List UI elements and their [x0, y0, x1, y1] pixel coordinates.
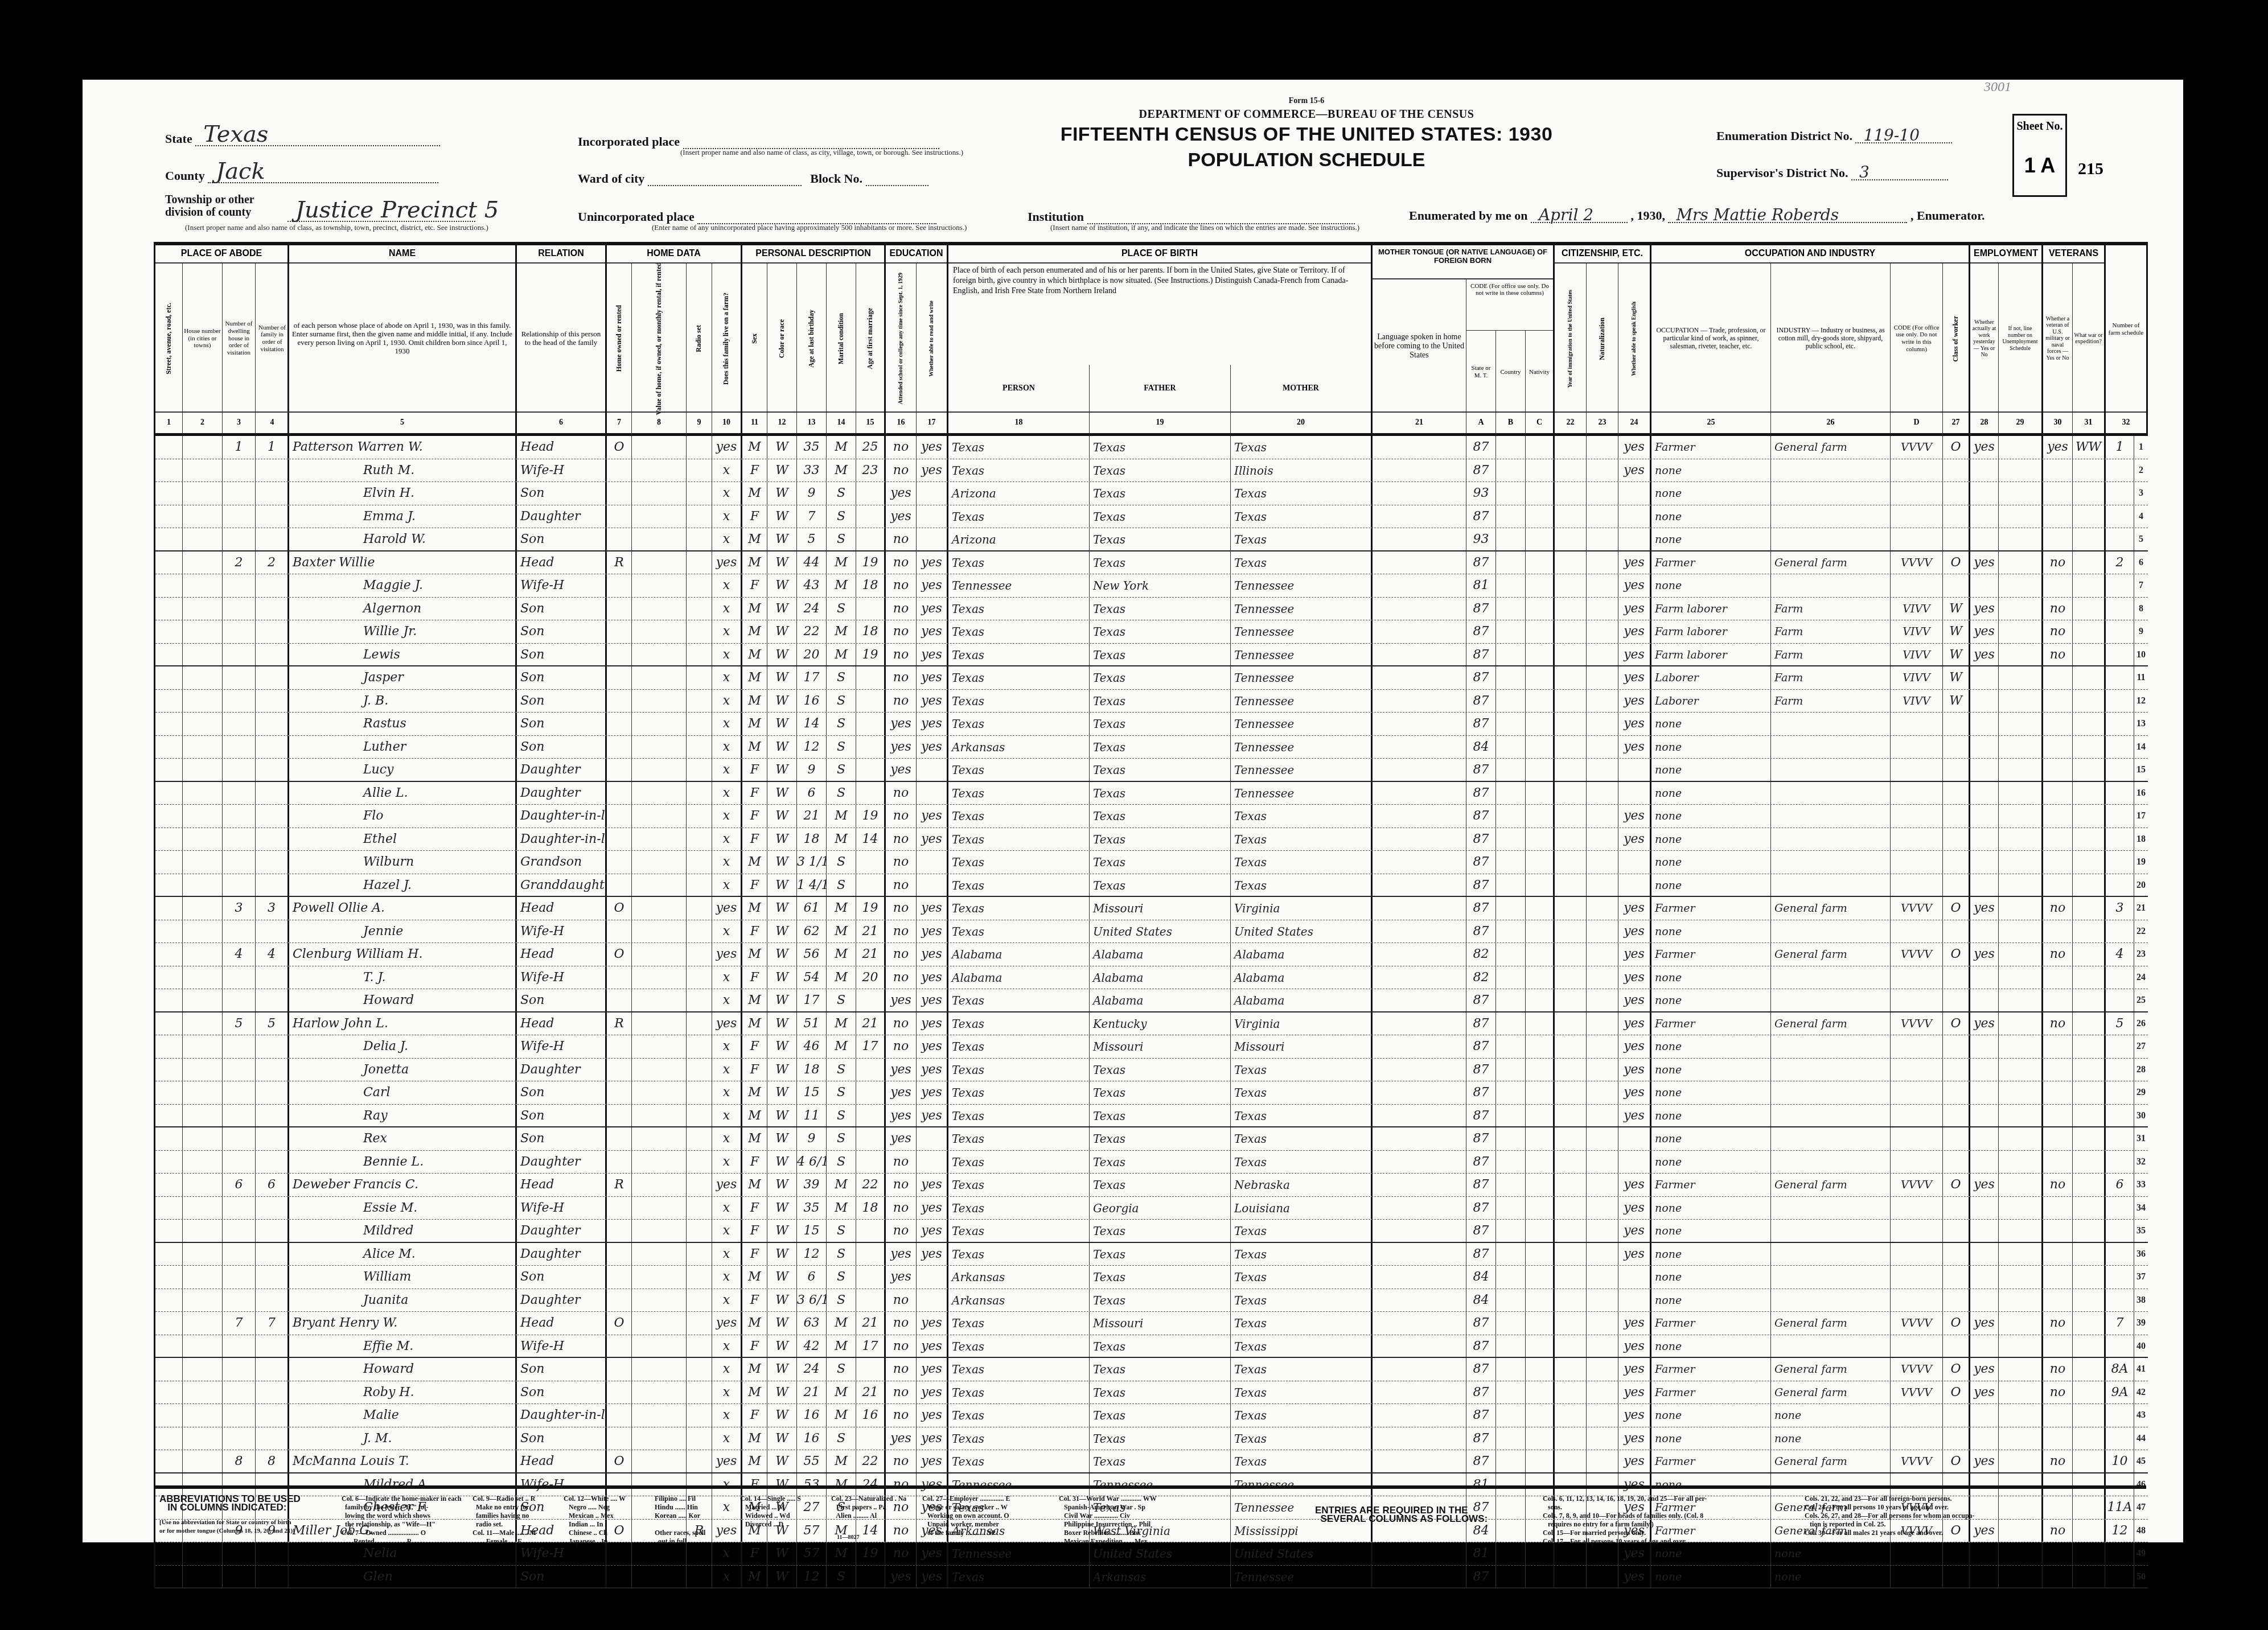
cell-name: Wilburn	[289, 851, 517, 874]
cell-radio	[687, 1081, 712, 1104]
cell-vet	[2043, 1289, 2073, 1312]
cell-race: W	[767, 897, 797, 920]
cell-imm	[1555, 1335, 1587, 1357]
cell-mar: S	[827, 759, 856, 781]
cell-cC	[1526, 505, 1555, 528]
enumeration-date: April 2	[1539, 205, 1593, 224]
cell-vet	[2043, 1220, 2073, 1242]
cell-val	[632, 759, 687, 781]
cell-ind	[1771, 1289, 1891, 1312]
cell-agem: 20	[856, 966, 886, 989]
cell-ind: none	[1771, 1404, 1891, 1427]
cell-street	[155, 1358, 183, 1381]
cell-fs	[2106, 1151, 2134, 1174]
cell-nat	[1587, 713, 1618, 735]
cell-sex: F	[742, 1243, 767, 1266]
cell-nat	[1587, 666, 1618, 689]
cell-sex: M	[742, 1381, 767, 1404]
cell-sex: M	[742, 620, 767, 643]
cell-cB	[1496, 1312, 1526, 1335]
cell-fam: 3	[256, 897, 289, 920]
cell-ind: General farm	[1771, 897, 1891, 920]
cell-radio	[687, 989, 712, 1011]
cell-race: W	[767, 1266, 797, 1289]
cell-house	[183, 805, 223, 828]
cell-bp: Texas	[948, 1012, 1090, 1035]
cell-eng	[1618, 874, 1651, 896]
cell-imm	[1555, 644, 1587, 666]
cell-street	[155, 851, 183, 874]
cell-unemp	[1999, 874, 2043, 896]
table-row: 22Baxter WillieHeadRyesMW44M19noyesTexas…	[155, 551, 2148, 575]
line-number: 2	[2134, 459, 2148, 482]
cell-sch: yes	[886, 1566, 917, 1588]
cell-farm: x	[712, 598, 742, 620]
cell-eng: yes	[1618, 1174, 1651, 1196]
cell-name: Mildred	[289, 1220, 517, 1242]
cell-own	[607, 1243, 632, 1266]
cell-unemp	[1999, 528, 2043, 550]
cell-farm: yes	[712, 436, 742, 459]
cell-agem: 25	[856, 436, 886, 459]
cell-bp: Texas	[948, 1312, 1090, 1335]
cell-mar: M	[827, 620, 856, 643]
cell-rw: yes	[917, 1358, 948, 1381]
cell-imm	[1555, 528, 1587, 550]
cell-street	[155, 1312, 183, 1335]
cell-race: W	[767, 1542, 797, 1565]
cell-occ: none	[1651, 966, 1771, 989]
cell-ind: General farm	[1771, 1312, 1891, 1335]
cell-house	[183, 1381, 223, 1404]
table-row: 88McManna Louis T.HeadOyesMW55M22noyesTe…	[155, 1450, 2148, 1473]
cell-sch: no	[886, 574, 917, 597]
cell-code	[1891, 1151, 1943, 1174]
cell-mar: M	[827, 828, 856, 851]
cell-cB	[1496, 1381, 1526, 1404]
cell-house	[183, 482, 223, 505]
col-13-header: Age at last birthday13	[797, 264, 827, 433]
cell-fs	[2106, 1542, 2134, 1565]
col-18-header: PERSON18	[948, 365, 1090, 433]
cell-fs	[2106, 482, 2134, 505]
cell-war	[2073, 851, 2106, 874]
cell-work	[1970, 805, 1999, 828]
cell-war	[2073, 920, 2106, 943]
table-row: LewisSonxMW20M19noyesTexasTexasTennessee…	[155, 644, 2148, 667]
cell-fam	[256, 482, 289, 505]
cell-unemp	[1999, 1059, 2043, 1081]
cell-eng: yes	[1618, 828, 1651, 851]
cell-radio	[687, 505, 712, 528]
cell-rw	[917, 1289, 948, 1312]
cell-ind	[1771, 713, 1891, 735]
cell-fs: 5	[2106, 1012, 2134, 1035]
cell-race: W	[767, 1404, 797, 1427]
cell-val	[632, 782, 687, 805]
cell-dw	[223, 828, 256, 851]
cell-race: W	[767, 598, 797, 620]
cell-rw: yes	[917, 1542, 948, 1565]
cell-bp: Alabama	[948, 966, 1090, 989]
cell-mbp: Texas	[1231, 805, 1373, 828]
cell-dw	[223, 1404, 256, 1427]
cell-imm	[1555, 1266, 1587, 1289]
cell-val	[632, 666, 687, 689]
cell-radio	[687, 1059, 712, 1081]
group-veterans: VETERANS Whether a veteran of U.S. milit…	[2043, 245, 2106, 433]
cell-dw: 7	[223, 1312, 256, 1335]
cell-farm: x	[712, 1197, 742, 1220]
cell-name: William	[289, 1266, 517, 1289]
group-home-data: HOME DATA Home owned or rented7 Value of…	[607, 245, 742, 433]
cell-sch: no	[886, 620, 917, 643]
cell-agem	[856, 874, 886, 896]
cell-dw	[223, 759, 256, 781]
cell-dw	[223, 1266, 256, 1289]
cell-mbp: Texas	[1231, 1358, 1373, 1381]
cell-fam	[256, 1127, 289, 1150]
cell-mbp: Texas	[1231, 1381, 1373, 1404]
cell-war: WW	[2073, 436, 2106, 459]
cell-rw: yes	[917, 713, 948, 735]
cell-sex: M	[742, 1081, 767, 1104]
cell-eng	[1618, 1151, 1651, 1174]
cell-war	[2073, 759, 2106, 781]
entries-list-a: Cols. 6, 11, 12, 13, 14, 16, 18, 19, 20,…	[1543, 1495, 1707, 1546]
cell-street	[155, 1197, 183, 1220]
cell-war	[2073, 644, 2106, 666]
cell-work	[1970, 690, 1999, 713]
cell-mar: M	[827, 1450, 856, 1472]
cell-mbp: Texas	[1231, 874, 1373, 896]
cell-fs: 8A	[2106, 1358, 2134, 1381]
cell-cls	[1943, 1197, 1970, 1220]
cell-occ: none	[1651, 1081, 1771, 1104]
cell-code	[1891, 920, 1943, 943]
cell-race: W	[767, 989, 797, 1011]
cell-war	[2073, 805, 2106, 828]
col-12-header: Color or race12	[767, 264, 797, 433]
cell-age: 11	[797, 1105, 827, 1127]
cell-agem: 19	[856, 897, 886, 920]
cell-sch: no	[886, 690, 917, 713]
cell-own	[607, 805, 632, 828]
cell-rw: yes	[917, 920, 948, 943]
cell-name: J. B.	[289, 690, 517, 713]
cell-age: 12	[797, 1566, 827, 1588]
cell-radio	[687, 482, 712, 505]
cell-mbp: Texas	[1231, 1289, 1373, 1312]
cell-agem: 18	[856, 1197, 886, 1220]
cell-ind: Farm	[1771, 644, 1891, 666]
cell-bp: Texas	[948, 1174, 1090, 1196]
cell-nat	[1587, 1335, 1618, 1357]
cell-sch: no	[886, 1358, 917, 1381]
cell-name: Ruth M.	[289, 459, 517, 482]
cell-dw	[223, 644, 256, 666]
cell-race: W	[767, 920, 797, 943]
cell-house	[183, 620, 223, 643]
cell-house	[183, 1358, 223, 1381]
group-relation: RELATION Relationship of this person to …	[517, 245, 607, 433]
cell-mbp: Texas	[1231, 1151, 1373, 1174]
cell-cA: 87	[1466, 620, 1496, 643]
cell-dw: 8	[223, 1450, 256, 1472]
cell-fbp: Texas	[1090, 644, 1231, 666]
cell-sex: F	[742, 1035, 767, 1058]
cell-val	[632, 1243, 687, 1266]
cell-bp: Texas	[948, 1243, 1090, 1266]
line-number: 30	[2134, 1105, 2148, 1127]
cell-own	[607, 713, 632, 735]
cell-val	[632, 1035, 687, 1058]
table-row: MildredDaughterxFW15SnoyesTexasTexasTexa…	[155, 1220, 2148, 1243]
cell-occ: Farmer	[1651, 1012, 1771, 1035]
cell-name: Hazel J.	[289, 874, 517, 896]
table-row: Maggie J.Wife-HxFW43M18noyesTennesseeNew…	[155, 574, 2148, 598]
cell-farm: x	[712, 1151, 742, 1174]
cell-sex: M	[742, 1427, 767, 1450]
cell-cC	[1526, 574, 1555, 597]
cell-ind	[1771, 805, 1891, 828]
cell-farm: x	[712, 1358, 742, 1381]
cell-house	[183, 1427, 223, 1450]
cell-cA: 87	[1466, 989, 1496, 1011]
cell-fbp: Texas	[1090, 666, 1231, 689]
cell-rw: yes	[917, 943, 948, 966]
cell-imm	[1555, 805, 1587, 828]
table-row: J. B.SonxMW16SnoyesTexasTexasTennessee87…	[155, 690, 2148, 713]
cell-rw: yes	[917, 666, 948, 689]
cell-house	[183, 782, 223, 805]
cell-val	[632, 736, 687, 759]
cell-ind: none	[1771, 1566, 1891, 1588]
cell-sex: M	[742, 943, 767, 966]
cell-agem	[856, 736, 886, 759]
cell-name: Lucy	[289, 759, 517, 781]
cell-nat	[1587, 1220, 1618, 1242]
cell-fam	[256, 1266, 289, 1289]
cell-ind	[1771, 1059, 1891, 1081]
cell-work: yes	[1970, 1012, 1999, 1035]
cell-vet	[2043, 1542, 2073, 1565]
cell-street	[155, 1174, 183, 1196]
cell-cB	[1496, 805, 1526, 828]
cell-mar: S	[827, 874, 856, 896]
cell-eng	[1618, 851, 1651, 874]
cell-cA: 87	[1466, 1243, 1496, 1266]
cell-fam	[256, 966, 289, 989]
cell-mbp: Texas	[1231, 1243, 1373, 1266]
state-value: Texas	[203, 121, 268, 147]
cell-mbp: Texas	[1231, 1081, 1373, 1104]
cell-nat	[1587, 1081, 1618, 1104]
cell-occ: none	[1651, 989, 1771, 1011]
cell-name: Flo	[289, 805, 517, 828]
table-row: Allie L.DaughterxFW6SnoTexasTexasTenness…	[155, 782, 2148, 805]
cell-war	[2073, 828, 2106, 851]
cell-unemp	[1999, 1035, 2043, 1058]
cell-fam	[256, 620, 289, 643]
cell-lang	[1373, 943, 1466, 966]
cell-agem	[856, 690, 886, 713]
cell-mbp: Tennessee	[1231, 782, 1373, 805]
cell-nat	[1587, 1151, 1618, 1174]
cell-own	[607, 1127, 632, 1150]
cell-val	[632, 989, 687, 1011]
cell-rel: Wife-H	[517, 459, 607, 482]
cell-rel: Head	[517, 1450, 607, 1472]
cell-street	[155, 620, 183, 643]
cell-fam	[256, 1542, 289, 1565]
cell-farm: x	[712, 1335, 742, 1357]
cell-rel: Daughter	[517, 1151, 607, 1174]
col-2-header: House number (in cities or towns)2	[183, 264, 223, 433]
cell-nat	[1587, 551, 1618, 574]
cell-imm	[1555, 1312, 1587, 1335]
cell-rw: yes	[917, 1566, 948, 1588]
cell-mbp: Alabama	[1231, 989, 1373, 1011]
cell-race: W	[767, 574, 797, 597]
cell-lang	[1373, 897, 1466, 920]
cell-fbp: Texas	[1090, 805, 1231, 828]
enumerator-name: Mrs Mattie Roberds	[1676, 205, 1839, 224]
cell-occ: Farm laborer	[1651, 644, 1771, 666]
cell-agem	[856, 1105, 886, 1127]
cell-own: O	[607, 1450, 632, 1472]
cell-own	[607, 1566, 632, 1588]
cell-race: W	[767, 620, 797, 643]
cell-fs	[2106, 736, 2134, 759]
cell-cA: 87	[1466, 1035, 1496, 1058]
cell-age: 44	[797, 551, 827, 574]
cell-eng: yes	[1618, 1312, 1651, 1335]
cell-farm: x	[712, 1035, 742, 1058]
cell-own: O	[607, 897, 632, 920]
cell-ind: General farm	[1771, 943, 1891, 966]
cell-cC	[1526, 1105, 1555, 1127]
cell-rel: Grandson	[517, 851, 607, 874]
cell-cA: 87	[1466, 782, 1496, 805]
cell-street	[155, 1266, 183, 1289]
col-4-header: Number of family in order of visitation4	[256, 264, 289, 433]
cell-fam	[256, 644, 289, 666]
cell-sch: no	[886, 966, 917, 989]
cell-race: W	[767, 551, 797, 574]
cell-lang	[1373, 620, 1466, 643]
cell-own	[607, 1427, 632, 1450]
cell-val	[632, 1312, 687, 1335]
cell-rel: Son	[517, 1427, 607, 1450]
cell-ind: none	[1771, 1427, 1891, 1450]
cell-cB	[1496, 598, 1526, 620]
cell-agem	[856, 1127, 886, 1150]
cell-war	[2073, 1197, 2106, 1220]
cell-rel: Wife-H	[517, 1035, 607, 1058]
cell-radio	[687, 782, 712, 805]
col-8-header: Value of home, if owned, or monthly rent…	[632, 264, 687, 433]
cell-rw: yes	[917, 1381, 948, 1404]
cell-code: VVVV	[1891, 551, 1943, 574]
cell-cls	[1943, 920, 1970, 943]
cell-dw	[223, 736, 256, 759]
cell-mbp: Virginia	[1231, 1012, 1373, 1035]
cell-bp: Texas	[948, 666, 1090, 689]
cell-fs	[2106, 1404, 2134, 1427]
cell-radio	[687, 874, 712, 896]
cell-mbp: Louisiana	[1231, 1197, 1373, 1220]
cell-cA: 87	[1466, 1197, 1496, 1220]
cell-lang	[1373, 989, 1466, 1011]
cell-rw: yes	[917, 1335, 948, 1357]
cell-lang	[1373, 920, 1466, 943]
cell-val	[632, 943, 687, 966]
cell-cC	[1526, 436, 1555, 459]
table-row: Willie Jr.SonxMW22M18noyesTexasTexasTenn…	[155, 620, 2148, 644]
cell-imm	[1555, 920, 1587, 943]
cell-code	[1891, 851, 1943, 874]
cell-fbp: Alabama	[1090, 966, 1231, 989]
cell-code	[1891, 574, 1943, 597]
cell-sch: yes	[886, 989, 917, 1011]
cell-race: W	[767, 759, 797, 781]
cell-dw	[223, 1220, 256, 1242]
cell-imm	[1555, 943, 1587, 966]
cell-fs	[2106, 620, 2134, 643]
cell-age: 14	[797, 713, 827, 735]
cell-mar: S	[827, 1105, 856, 1127]
cell-race: W	[767, 851, 797, 874]
cell-bp: Texas	[948, 920, 1090, 943]
cell-cB	[1496, 1220, 1526, 1242]
cell-occ: none	[1651, 1127, 1771, 1150]
cell-cA: 87	[1466, 897, 1496, 920]
cell-war	[2073, 598, 2106, 620]
cell-occ: none	[1651, 1404, 1771, 1427]
cell-lang	[1373, 1312, 1466, 1335]
cell-cB	[1496, 505, 1526, 528]
cell-val	[632, 1197, 687, 1220]
cell-dw	[223, 1566, 256, 1588]
cell-street	[155, 874, 183, 896]
cell-sch: no	[886, 1151, 917, 1174]
cell-sch: no	[886, 598, 917, 620]
cell-name: Effie M.	[289, 1335, 517, 1357]
cell-race: W	[767, 736, 797, 759]
line-number: 18	[2134, 828, 2148, 851]
cell-fbp: Texas	[1090, 1105, 1231, 1127]
cell-occ: none	[1651, 1335, 1771, 1357]
cell-mar: M	[827, 1404, 856, 1427]
cell-farm: x	[712, 1427, 742, 1450]
cell-bp: Arizona	[948, 528, 1090, 550]
cell-dw	[223, 874, 256, 896]
cell-agem	[856, 598, 886, 620]
cell-fs: 2	[2106, 551, 2134, 574]
cell-work	[1970, 1335, 1999, 1357]
cell-lang	[1373, 1335, 1466, 1357]
cell-occ: Farmer	[1651, 1450, 1771, 1472]
cell-race: W	[767, 874, 797, 896]
cell-street	[155, 574, 183, 597]
cell-work: yes	[1970, 1381, 1999, 1404]
cell-rw: yes	[917, 690, 948, 713]
cell-age: 35	[797, 436, 827, 459]
cell-fbp: United States	[1090, 920, 1231, 943]
line-number: 27	[2134, 1035, 2148, 1058]
cell-fam	[256, 459, 289, 482]
